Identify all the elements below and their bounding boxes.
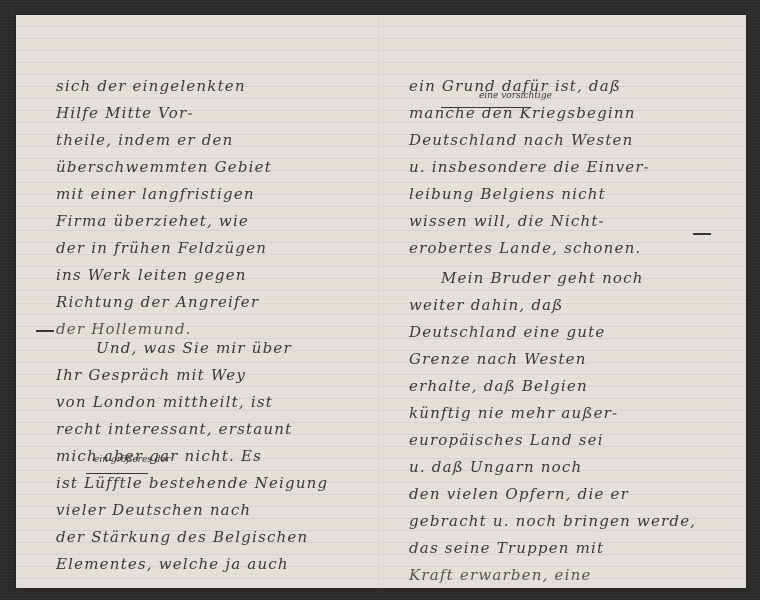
- handwritten-line: vieler Deutschen nach: [56, 497, 328, 524]
- handwritten-line: Deutschland eine gute: [409, 319, 696, 346]
- left-paragraph-1: sich der eingelenkten Hilfe Mitte Vor- t…: [56, 73, 272, 343]
- handwritten-line: den vielen Opfern, die er: [409, 481, 696, 508]
- right-paragraph-1: ein Grund dafür ist, daß manche den Krie…: [409, 73, 650, 262]
- interlinear-insertion: ein größeres der: [94, 455, 170, 465]
- handwritten-line: recht interessant, erstaunt: [56, 416, 328, 443]
- handwritten-line: Und, was Sie mir über: [56, 335, 328, 362]
- handwritten-line: Elementes, welche ja auch: [56, 551, 328, 578]
- handwritten-line: der Stärkung des Belgischen: [56, 524, 328, 551]
- handwritten-line: mit einer langfristigen: [56, 181, 272, 208]
- handwritten-line: ist Lüfftle bestehende Neigung: [56, 470, 328, 497]
- right-page: ein Grund dafür ist, daß manche den Krie…: [381, 15, 746, 588]
- letter-sheet: sich der eingelenkten Hilfe Mitte Vor- t…: [16, 15, 746, 588]
- left-page: sich der eingelenkten Hilfe Mitte Vor- t…: [16, 15, 379, 588]
- strikethrough: [86, 473, 148, 474]
- handwritten-line: erhalte, daß Belgien: [409, 373, 696, 400]
- handwritten-line: leibung Belgiens nicht: [409, 181, 650, 208]
- handwritten-line: künftig nie mehr außer-: [409, 400, 696, 427]
- handwritten-line: Grenze nach Westen: [409, 346, 696, 373]
- handwritten-line: das seine Truppen mit: [409, 535, 696, 562]
- handwritten-line: Firma überziehet, wie: [56, 208, 272, 235]
- handwritten-line: weiter dahin, daß: [409, 292, 696, 319]
- handwritten-line: sich der eingelenkten: [56, 73, 272, 100]
- handwritten-line: wissen will, die Nicht-: [409, 208, 650, 235]
- handwritten-line: Kraft erwarben, eine: [409, 562, 696, 589]
- handwritten-line: Richtung der Angreifer: [56, 289, 272, 316]
- paragraph-dash: [693, 233, 711, 235]
- handwritten-line: theile, indem er den: [56, 127, 272, 154]
- handwritten-line: von London mittheilt, ist: [56, 389, 328, 416]
- handwritten-line: Deutschland nach Westen: [409, 127, 650, 154]
- handwritten-line: Hilfe Mitte Vor-: [56, 100, 272, 127]
- handwritten-line: Ihr Gespräch mit Wey: [56, 362, 328, 389]
- handwritten-line: erobertes Lande, schonen.: [409, 235, 650, 262]
- handwritten-line: gebracht u. noch bringen werde,: [409, 508, 696, 535]
- handwritten-line: u. daß Ungarn noch: [409, 454, 696, 481]
- handwritten-line: ins Werk leiten gegen: [56, 262, 272, 289]
- handwritten-line: u. insbesondere die Einver-: [409, 154, 650, 181]
- handwritten-line: europäisches Land sei: [409, 427, 696, 454]
- handwritten-line: der in frühen Feldzügen: [56, 235, 272, 262]
- paragraph-dash: [36, 330, 54, 332]
- interlinear-insertion: eine vorsichtige: [479, 91, 552, 101]
- strikethrough: [441, 107, 531, 108]
- handwritten-line: manche den Kriegsbeginn: [409, 100, 650, 127]
- right-paragraph-2: Mein Bruder geht noch weiter dahin, daß …: [409, 265, 696, 589]
- handwritten-line: Mein Bruder geht noch: [409, 265, 696, 292]
- handwritten-line: überschwemmten Gebiet: [56, 154, 272, 181]
